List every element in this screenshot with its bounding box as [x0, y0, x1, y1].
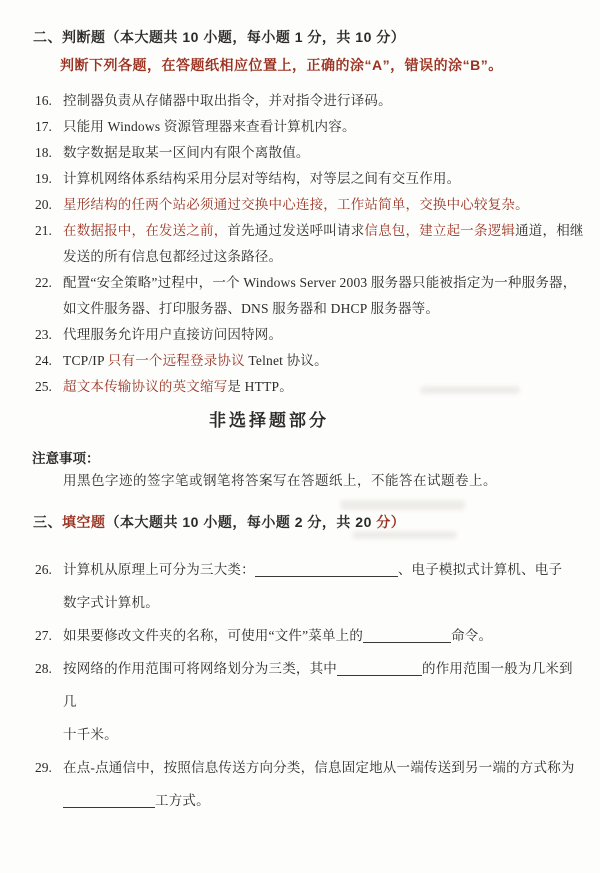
text-run: 发送的所有信息包都经过这条路径。: [63, 249, 282, 264]
question-row: 24.TCP/IP 只有一个远程登录协议 Telnet 协议。: [35, 348, 600, 374]
question-row: 16.控制器负责从存储器中取出指令，并对指令进行译码。: [35, 88, 600, 114]
text-run: 超文本传输协议的英文缩写: [63, 379, 227, 394]
question-row: 21.在数据报中，在发送之前，首先通过发送呼叫请求信息包，建立起一条逻辑通道，相…: [35, 218, 600, 270]
question-text: 计算机网络体系结构采用分层对等结构，对等层之间有交互作用。: [63, 166, 585, 192]
fill-question-list: 26.计算机从原理上可分为三大类：、电子模拟式计算机、电子数字式计算机。27.如…: [35, 553, 600, 817]
question-text: 在数据报中，在发送之前，首先通过发送呼叫请求信息包，建立起一条逻辑通道，相继发送…: [63, 218, 585, 270]
question-number: 18.: [35, 140, 63, 166]
text-run: 只能用 Windows 资源管理器来查看计算机内容。: [63, 119, 356, 134]
scan-artifact: [352, 531, 457, 539]
text-run: 如文件服务器、打印服务器、DNS 服务器和 DHCP 服务器等。: [63, 301, 439, 316]
question-row: 20.星形结构的任两个站必须通过交换中心连接，工作站简单，交换中心较复杂。: [35, 192, 600, 218]
question-number: 17.: [35, 114, 63, 140]
question-row: 28.按网络的作用范围可将网络划分为三类，其中的作用范围一般为几米到几十千米。: [35, 652, 600, 751]
question-row: 22.配置“安全策略”过程中，一个 Windows Server 2003 服务…: [35, 270, 600, 322]
text-run: 星形结构的任两个站必须通过交换中心连接，工作站简单，交换中心较复杂。: [63, 197, 529, 212]
question-number: 29.: [35, 751, 63, 784]
question-number: 20.: [35, 192, 63, 218]
question-row: 17.只能用 Windows 资源管理器来查看计算机内容。: [35, 114, 600, 140]
text-run: 、电子模拟式计算机、电子: [398, 562, 562, 577]
exam-page: 二、判断题（本大题共 10 小题，每小题 1 分，共 10 分） 判断下列各题，…: [0, 0, 600, 873]
text-run: 按网络的作用范围可将网络划分为三类，其中: [63, 661, 337, 676]
question-number: 19.: [35, 166, 63, 192]
question-number: 21.: [35, 218, 63, 244]
question-row: 26.计算机从原理上可分为三大类：、电子模拟式计算机、电子数字式计算机。: [35, 553, 600, 619]
text-run: 只有一个远程登录协议: [108, 353, 245, 368]
judgment-question-list: 16.控制器负责从存储器中取出指令，并对指令进行译码。17.只能用 Window…: [35, 88, 600, 400]
question-text: TCP/IP 只有一个远程登录协议 Telnet 协议。: [63, 348, 585, 374]
text-run: 三、: [33, 514, 62, 530]
text-run: 计算机网络体系结构采用分层对等结构，对等层之间有交互作用。: [63, 171, 460, 186]
question-row: 23.代理服务允许用户直接访问因特网。: [35, 322, 600, 348]
text-run: （本大题共 10 小题，每小题 2 分，共 20: [106, 514, 377, 530]
question-number: 28.: [35, 652, 63, 685]
fill-section-heading: 三、填空题（本大题共 10 小题，每小题 2 分，共 20 分）: [33, 512, 600, 532]
text-run: 如果要修改文件夹的名称，可使用“文件”菜单上的: [63, 628, 363, 643]
text-run: 命令。: [451, 628, 492, 643]
text-run: Telnet 协议。: [245, 353, 328, 368]
question-number: 27.: [35, 619, 63, 652]
text-run: 是 HTTP。: [227, 379, 293, 394]
answer-blank: [63, 793, 155, 808]
question-row: 18.数字数据是取某一区间内有限个离散值。: [35, 140, 600, 166]
text-run: 在点-点通信中，按照信息传送方向分类，信息固定地从一端传送到另一端的方式称为: [63, 760, 575, 775]
question-text: 如果要修改文件夹的名称，可使用“文件”菜单上的命令。: [63, 619, 585, 652]
text-run: 通道，相继: [515, 223, 584, 238]
question-text: 数字数据是取某一区间内有限个离散值。: [63, 140, 585, 166]
scan-artifact: [340, 500, 465, 510]
question-text: 代理服务允许用户直接访问因特网。: [63, 322, 585, 348]
text-run: 数字数据是取某一区间内有限个离散值。: [63, 145, 310, 160]
text-run: 填空题: [62, 514, 106, 530]
text-run: 计算机从原理上可分为三大类：: [63, 562, 255, 577]
answer-blank: [363, 628, 451, 643]
text-run: 分）: [376, 514, 405, 530]
question-number: 25.: [35, 374, 63, 400]
question-text: 控制器负责从存储器中取出指令，并对指令进行译码。: [63, 88, 585, 114]
notes-label: 注意事项：: [32, 449, 600, 468]
text-run: 代理服务允许用户直接访问因特网。: [63, 327, 282, 342]
question-text: 星形结构的任两个站必须通过交换中心连接，工作站简单，交换中心较复杂。: [63, 192, 585, 218]
question-text: 配置“安全策略”过程中，一个 Windows Server 2003 服务器只能…: [63, 270, 585, 322]
text-run: 配置“安全策略”过程中，一个 Windows Server 2003 服务器只能…: [63, 275, 576, 290]
scan-artifact: [420, 386, 520, 394]
judgment-section-heading: 二、判断题（本大题共 10 小题，每小题 1 分，共 10 分）: [33, 27, 600, 47]
answer-blank: [255, 562, 398, 577]
text-run: 首先通过发送呼叫请求: [227, 223, 364, 238]
text-run: 控制器负责从存储器中取出指令，并对指令进行译码。: [63, 93, 392, 108]
question-row: 27.如果要修改文件夹的名称，可使用“文件”菜单上的命令。: [35, 619, 600, 652]
question-text: 只能用 Windows 资源管理器来查看计算机内容。: [63, 114, 585, 140]
note-text: 用黑色字迹的签字笔或钢笔将答案写在答题纸上，不能答在试题卷上。: [63, 471, 600, 490]
question-text: 计算机从原理上可分为三大类：、电子模拟式计算机、电子数字式计算机。: [63, 553, 585, 619]
text-run: 十千米。: [63, 727, 118, 742]
text-run: 信息包，建立起一条逻辑: [364, 223, 515, 238]
question-text: 按网络的作用范围可将网络划分为三类，其中的作用范围一般为几米到几十千米。: [63, 652, 585, 751]
part-heading: 非选择题部分: [0, 409, 600, 433]
question-number: 22.: [35, 270, 63, 296]
text-run: TCP/IP: [63, 353, 108, 368]
question-number: 23.: [35, 322, 63, 348]
text-run: 工方式。: [155, 793, 210, 808]
question-row: 19.计算机网络体系结构采用分层对等结构，对等层之间有交互作用。: [35, 166, 600, 192]
question-row: 29.在点-点通信中，按照信息传送方向分类，信息固定地从一端传送到另一端的方式称…: [35, 751, 600, 817]
answer-blank: [337, 661, 422, 676]
question-number: 26.: [35, 553, 63, 586]
question-number: 16.: [35, 88, 63, 114]
question-text: 在点-点通信中，按照信息传送方向分类，信息固定地从一端传送到另一端的方式称为工方…: [63, 751, 585, 817]
question-number: 24.: [35, 348, 63, 374]
text-run: 数字式计算机。: [63, 595, 159, 610]
text-run: 在数据报中，在发送之前，: [63, 223, 227, 238]
judgment-instruction: 判断下列各题，在答题纸相应位置上，正确的涂“A”，错误的涂“B”。: [60, 55, 600, 75]
